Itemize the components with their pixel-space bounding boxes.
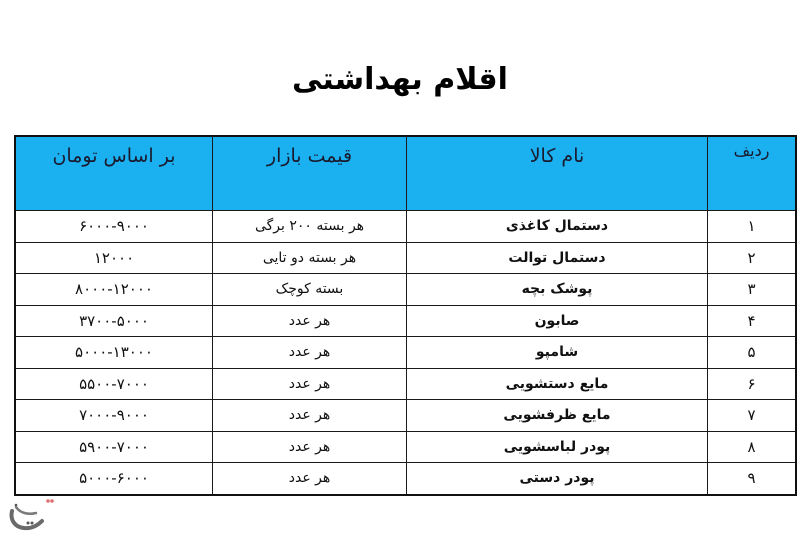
cell-unit: هر عدد [213, 463, 407, 495]
cell-price: ۵۹۰۰-۷۰۰۰ [15, 431, 213, 463]
cell-index: ۳ [708, 274, 797, 306]
cell-item-name: دستمال توالت [407, 242, 708, 274]
table-body: ۱ دستمال کاغذی هر بسته ۲۰۰ برگی ۶۰۰۰-۹۰۰… [15, 211, 796, 495]
cell-price: ۳۷۰۰-۵۰۰۰ [15, 305, 213, 337]
cell-index: ۵ [708, 337, 797, 369]
tasnim-logo-icon [6, 495, 54, 539]
cell-price: ۵۵۰۰-۷۰۰۰ [15, 368, 213, 400]
page-title: اقلام بهداشتی [0, 62, 800, 97]
cell-price: ۷۰۰۰-۹۰۰۰ [15, 400, 213, 432]
price-table-container: ردیف نام کالا قیمت بازار بر اساس تومان ۱… [14, 135, 792, 496]
cell-index: ۴ [708, 305, 797, 337]
cell-unit: هر عدد [213, 337, 407, 369]
header-index: ردیف [708, 136, 797, 211]
cell-index: ۹ [708, 463, 797, 495]
cell-unit: هر بسته دو تایی [213, 242, 407, 274]
table-row: ۸ پودر لباسشویی هر عدد ۵۹۰۰-۷۰۰۰ [15, 431, 796, 463]
cell-item-name: دستمال کاغذی [407, 211, 708, 243]
cell-item-name: پودر لباسشویی [407, 431, 708, 463]
cell-index: ۶ [708, 368, 797, 400]
table-row: ۴ صابون هر عدد ۳۷۰۰-۵۰۰۰ [15, 305, 796, 337]
table-row: ۵ شامپو هر عدد ۵۰۰۰-۱۳۰۰۰ [15, 337, 796, 369]
header-item-name: نام کالا [407, 136, 708, 211]
cell-item-name: شامپو [407, 337, 708, 369]
table-row: ۲ دستمال توالت هر بسته دو تایی ۱۲۰۰۰ [15, 242, 796, 274]
cell-index: ۸ [708, 431, 797, 463]
cell-price: ۱۲۰۰۰ [15, 242, 213, 274]
price-table: ردیف نام کالا قیمت بازار بر اساس تومان ۱… [14, 135, 797, 496]
cell-item-name: مایع ظرفشویی [407, 400, 708, 432]
cell-price: ۵۰۰۰-۶۰۰۰ [15, 463, 213, 495]
cell-price: ۵۰۰۰-۱۳۰۰۰ [15, 337, 213, 369]
cell-item-name: پوشک بچه [407, 274, 708, 306]
table-row: ۶ مایع دستشویی هر عدد ۵۵۰۰-۷۰۰۰ [15, 368, 796, 400]
cell-unit: هر عدد [213, 400, 407, 432]
cell-index: ۷ [708, 400, 797, 432]
table-row: ۹ پودر دستی هر عدد ۵۰۰۰-۶۰۰۰ [15, 463, 796, 495]
header-market-price: قیمت بازار [213, 136, 407, 211]
cell-item-name: مایع دستشویی [407, 368, 708, 400]
cell-price: ۸۰۰۰-۱۲۰۰۰ [15, 274, 213, 306]
cell-index: ۲ [708, 242, 797, 274]
cell-unit: بسته کوچک [213, 274, 407, 306]
cell-unit: هر عدد [213, 368, 407, 400]
table-row: ۱ دستمال کاغذی هر بسته ۲۰۰ برگی ۶۰۰۰-۹۰۰… [15, 211, 796, 243]
header-price-toman: بر اساس تومان [15, 136, 213, 211]
cell-index: ۱ [708, 211, 797, 243]
cell-unit: هر عدد [213, 431, 407, 463]
cell-item-name: پودر دستی [407, 463, 708, 495]
header-row: ردیف نام کالا قیمت بازار بر اساس تومان [15, 136, 796, 211]
table-row: ۳ پوشک بچه بسته کوچک ۸۰۰۰-۱۲۰۰۰ [15, 274, 796, 306]
cell-item-name: صابون [407, 305, 708, 337]
cell-unit: هر بسته ۲۰۰ برگی [213, 211, 407, 243]
table-row: ۷ مایع ظرفشویی هر عدد ۷۰۰۰-۹۰۰۰ [15, 400, 796, 432]
cell-unit: هر عدد [213, 305, 407, 337]
table-header: ردیف نام کالا قیمت بازار بر اساس تومان [15, 136, 796, 211]
cell-price: ۶۰۰۰-۹۰۰۰ [15, 211, 213, 243]
